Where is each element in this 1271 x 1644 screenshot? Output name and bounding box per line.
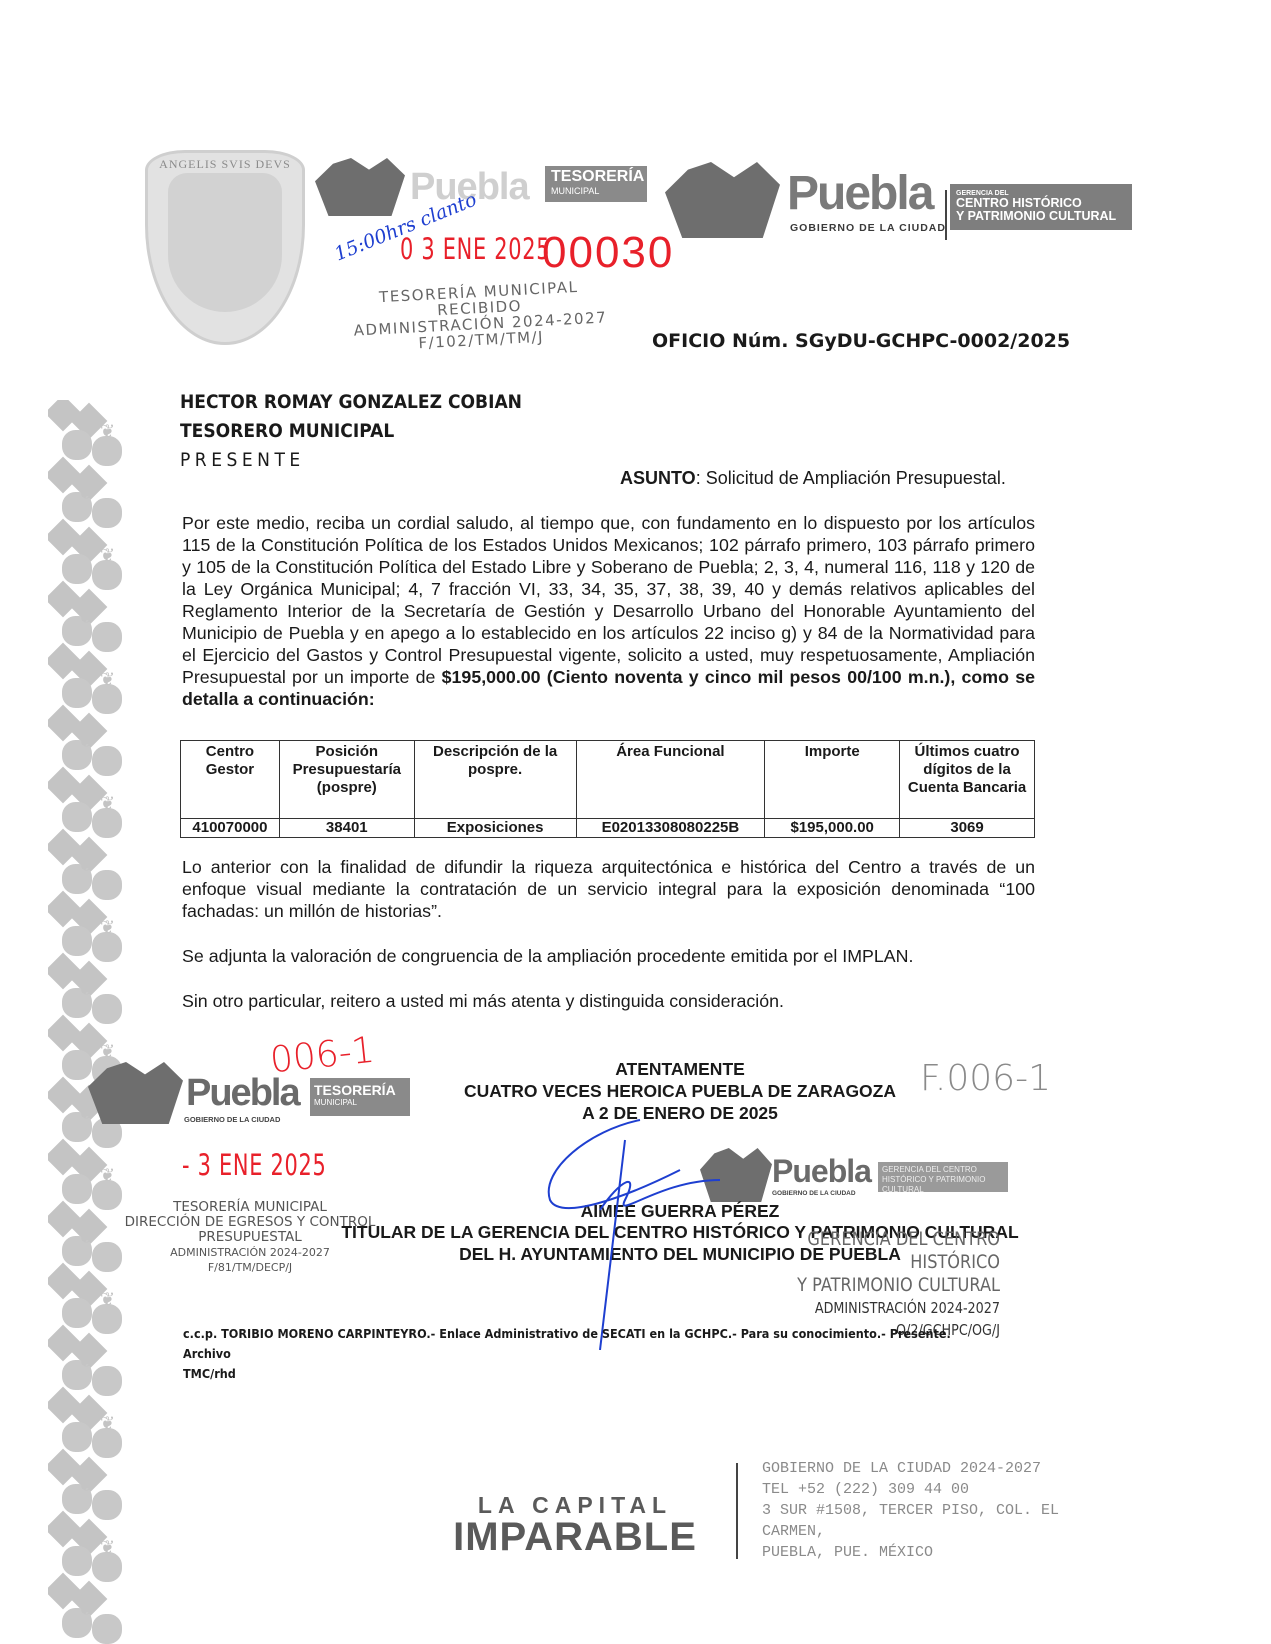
subject-line: ASUNTO: Solicitud de Ampliación Presupue… — [620, 468, 1006, 489]
gchpc-stamp-logo: Puebla GOBIERNO DE LA CIUDAD GERENCIA DE… — [700, 1148, 1010, 1204]
city-emblem-icon — [315, 158, 405, 216]
puebla-wordmark: Puebla — [787, 170, 932, 218]
logo-divider — [945, 190, 947, 240]
body-paragraph-2: Lo anterior con la finalidad de difundir… — [182, 856, 1035, 922]
initials-line: TMC/rhd — [183, 1364, 951, 1384]
gchpc-box: GERENCIA DEL CENTRO HISTÓRICO Y PATRIMON… — [950, 184, 1132, 230]
body-paragraph-1: Por este medio, reciba un cordial saludo… — [182, 512, 1035, 710]
closing-atentamente: ATENTAMENTE — [360, 1058, 1000, 1080]
municipal-shield-logo: ANGELIS SVIS DEVS — [145, 150, 305, 345]
ccp-block: c.c.p. TORIBIO MORENO CARPINTEYRO.- Enla… — [183, 1324, 1036, 1384]
tesoreria-logo: Puebla TESORERÍA MUNICIPAL — [315, 158, 655, 218]
body-paragraph-3: Se adjunta la valoración de congruencia … — [182, 945, 1035, 967]
gchpc-logo: Puebla GOBIERNO DE LA CIUDAD GERENCIA DE… — [665, 162, 1135, 240]
budget-table: Centro GestorPosición Presupuestaría (po… — [180, 740, 1035, 838]
archivo-line: Archivo — [183, 1344, 951, 1364]
table-cell: 38401 — [279, 819, 414, 838]
table-header: Importe — [765, 741, 900, 819]
tesoreria-received-stamp: TESORERÍA MUNICIPAL RECIBIDO ADMINISTRAC… — [339, 277, 622, 356]
table-header: Área Funcional — [576, 741, 765, 819]
tesoreria-box: TESORERÍA MUNICIPAL — [545, 166, 647, 202]
received-folio: 00030 — [542, 228, 674, 278]
handwritten-signature — [530, 1110, 730, 1350]
table-cell: E02013308080225B — [576, 819, 765, 838]
table-header: Centro Gestor — [181, 741, 280, 819]
table-cell: 410070000 — [181, 819, 280, 838]
table-cell: 3069 — [900, 819, 1035, 838]
footer-divider — [736, 1463, 738, 1559]
closing-motto: CUATRO VECES HEROICA PUEBLA DE ZARAGOZA — [360, 1080, 1000, 1102]
footer-address: GOBIERNO DE LA CIUDAD 2024-2027 TEL +52 … — [762, 1458, 1059, 1563]
addressee-title: TESORERO MUNICIPAL — [180, 417, 522, 446]
ccp-line: c.c.p. TORIBIO MORENO CARPINTEYRO.- Enla… — [183, 1324, 951, 1344]
received-date-stamp: 0 3 ENE 2025 — [400, 232, 550, 266]
decorative-border: ❦❦❦❦❦❦❦❦❦❦❦❦❦❦❦❦❦❦❦❦ — [48, 400, 123, 1644]
table-header: Posición Presupuestaría (pospre) — [279, 741, 414, 819]
shield-motto: ANGELIS SVIS DEVS — [148, 157, 302, 172]
addressee-name: HECTOR ROMAY GONZALEZ COBIAN — [180, 388, 522, 417]
capital-imparable-logo: LA CAPITAL IMPARABLE — [425, 1492, 725, 1555]
egresos-date-stamp: - 3 ENE 2025 — [182, 1148, 327, 1182]
body-paragraph-4: Sin otro particular, reitero a usted mi … — [182, 990, 1035, 1012]
table-cell: $195,000.00 — [765, 819, 900, 838]
table-header: Últimos cuatro dígitos de la Cuenta Banc… — [900, 741, 1035, 819]
addressee-block: HECTOR ROMAY GONZALEZ COBIAN TESORERO MU… — [180, 388, 522, 475]
city-emblem-icon — [88, 1062, 183, 1124]
table-header: Descripción de la pospre. — [414, 741, 576, 819]
oficio-number: OFICIO Núm. SGyDU-GCHPC-0002/2025 — [652, 330, 1070, 352]
table-row: 41007000038401ExposicionesE0201330808022… — [181, 819, 1035, 838]
city-emblem-icon — [665, 162, 780, 238]
table-cell: Exposiciones — [414, 819, 576, 838]
salutation: PRESENTE — [180, 446, 522, 475]
